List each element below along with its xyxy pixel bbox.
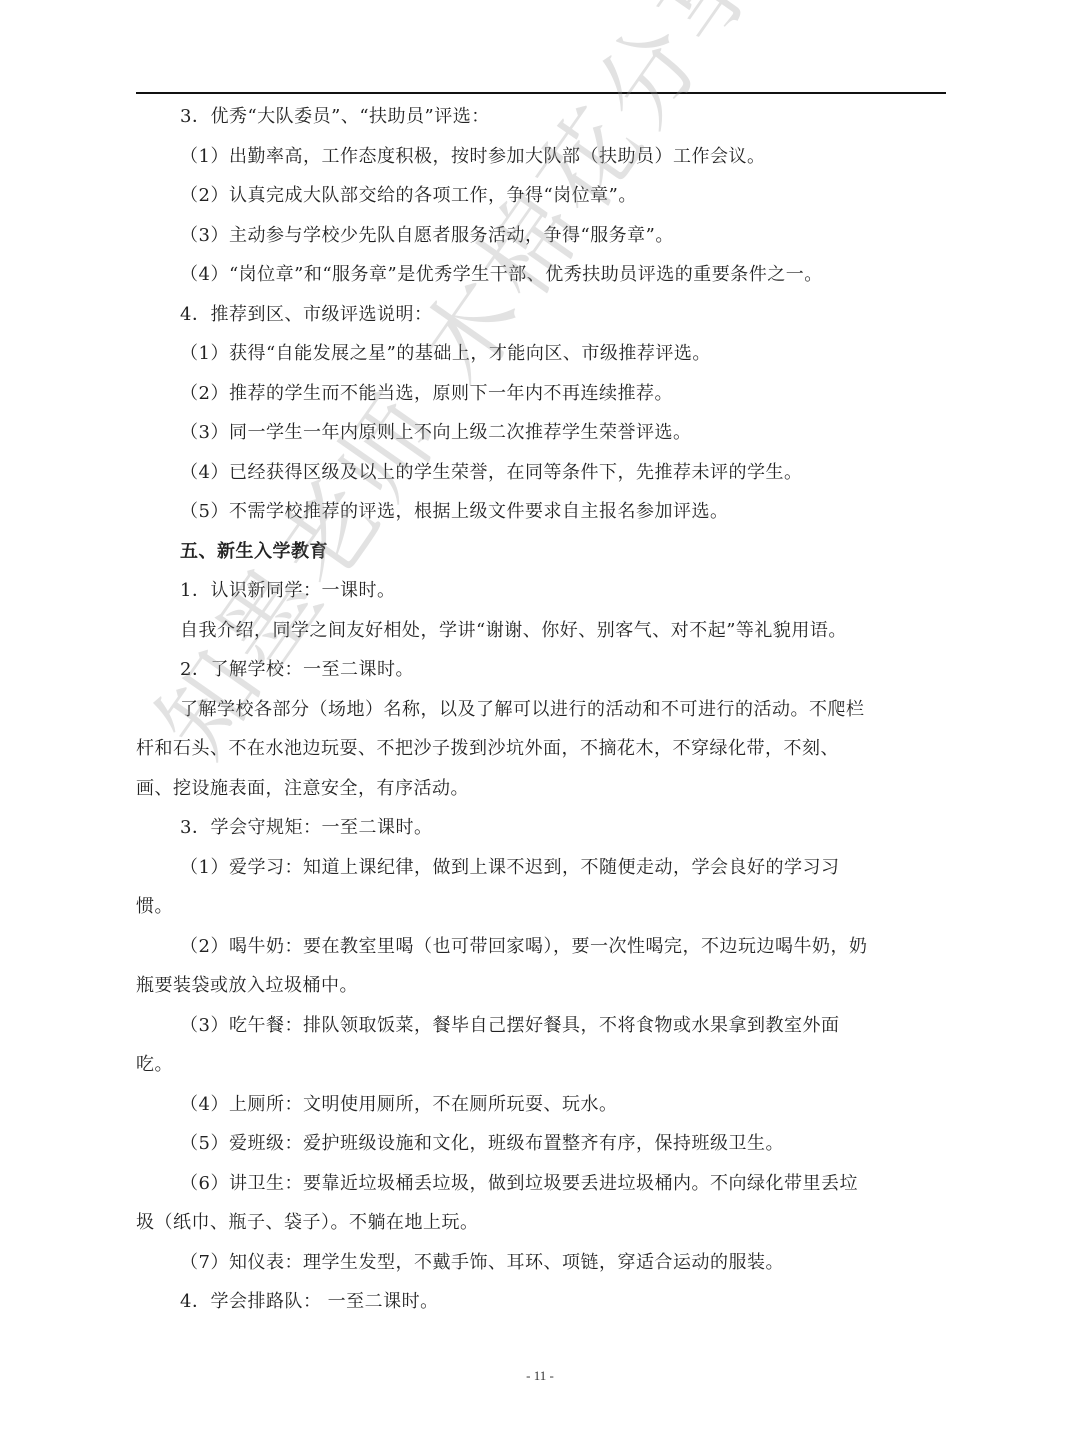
text-line: 2．了解学校：一至二课时。 bbox=[180, 658, 414, 682]
text-line: （4）上厕所：文明使用厕所，不在厕所玩耍、玩水。 bbox=[180, 1093, 617, 1117]
text-line: （3）主动参与学校少先队自愿者服务活动，争得“服务章”。 bbox=[180, 224, 674, 248]
text-line: （5）不需学校推荐的评选，根据上级文件要求自主报名参加评选。 bbox=[180, 500, 728, 524]
text-line: （7）知仪表：理学生发型，不戴手饰、耳环、项链，穿适合运动的服装。 bbox=[180, 1251, 784, 1275]
text-line: 3．学会守规矩：一至二课时。 bbox=[180, 816, 432, 840]
text-line: （1）出勤率高，工作态度积极，按时参加大队部（扶助员）工作会议。 bbox=[180, 145, 765, 169]
text-line: 惯。 bbox=[136, 895, 173, 919]
text-line: （2）认真完成大队部交给的各项工作，争得“岗位章”。 bbox=[180, 184, 637, 208]
text-line: 圾（纸巾、瓶子、袋子）。不躺在地上玩。 bbox=[136, 1211, 479, 1235]
text-line: （5）爱班级：爱护班级设施和文化，班级布置整齐有序，保持班级卫生。 bbox=[180, 1132, 784, 1156]
text-line: 瓶要装袋或放入垃圾桶中。 bbox=[136, 974, 358, 998]
header-rule bbox=[136, 92, 946, 94]
text-line: 杆和石头、不在水池边玩耍、不把沙子拨到沙坑外面，不摘花木，不穿绿化带，不刻、 bbox=[136, 737, 839, 761]
text-line: （4）“岗位章”和“服务章”是优秀学生干部、优秀扶助员评选的重要条件之一。 bbox=[180, 263, 823, 287]
text-line: （2）喝牛奶：要在教室里喝（也可带回家喝），要一次性喝完，不边玩边喝牛奶，奶 bbox=[180, 935, 867, 959]
text-line: （4）已经获得区级及以上的学生荣誉，在同等条件下，先推荐未评的学生。 bbox=[180, 461, 802, 485]
text-line: 自我介绍，同学之间友好相处，学讲“谢谢、你好、别客气、对不起”等礼貌用语。 bbox=[180, 619, 847, 643]
text-line: 3．优秀“大队委员”、“扶助员”评选： bbox=[180, 105, 490, 129]
text-line: 画、挖设施表面，注意安全，有序活动。 bbox=[136, 777, 469, 801]
text-line: （3）吃午餐：排队领取饭菜，餐毕自己摆好餐具，不将食物或水果拿到教室外面 bbox=[180, 1014, 839, 1038]
section-heading: 五、新生入学教育 bbox=[180, 540, 328, 564]
text-line: 4．推荐到区、市级评选说明： bbox=[180, 303, 432, 327]
text-line: 吃。 bbox=[136, 1053, 173, 1077]
text-line: 了解学校各部分（场地）名称，以及了解可以进行的活动和不可进行的活动。不爬栏 bbox=[180, 698, 865, 722]
text-line: （1）获得“自能发展之星”的基础上，才能向区、市级推荐评选。 bbox=[180, 342, 711, 366]
text-line: （6）讲卫生：要靠近垃圾桶丢垃圾，做到垃圾要丢进垃圾桶内。不向绿化带里丢垃 bbox=[180, 1172, 858, 1196]
text-line: 4．学会排路队： 一至二课时。 bbox=[180, 1290, 439, 1314]
text-line: （1）爱学习：知道上课纪律，做到上课不迟到，不随便走动，学会良好的学习习 bbox=[180, 856, 839, 880]
text-line: 1．认识新同学：一课时。 bbox=[180, 579, 395, 603]
text-line: （2）推荐的学生而不能当选，原则下一年内不再连续推荐。 bbox=[180, 382, 673, 406]
text-line: （3）同一学生一年内原则上不向上级二次推荐学生荣誉评选。 bbox=[180, 421, 691, 445]
page-number: - 11 - bbox=[0, 1368, 1080, 1384]
